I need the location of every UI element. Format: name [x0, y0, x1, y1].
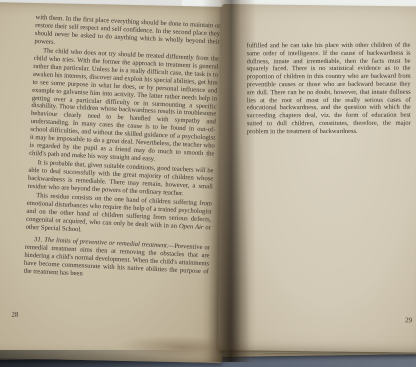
- right-page-number: 29: [405, 316, 412, 324]
- book-photo: with them. In the first place everything…: [0, 0, 416, 367]
- left-page-text: with them. In the first place everything…: [23, 14, 220, 284]
- right-page: fulfilled and he can take his place with…: [218, 4, 416, 352]
- left-page-number: 28: [11, 311, 18, 319]
- left-page: with them. In the first place everything…: [0, 2, 230, 363]
- paragraph: This residue consists on the one hand of…: [25, 192, 212, 240]
- paragraph: fulfilled and he can take his place with…: [247, 42, 411, 136]
- paragraph: The child who does not try should be tre…: [29, 47, 219, 166]
- section-text: Preventive or remedial treatment aims th…: [23, 243, 210, 277]
- italic-phrase: Open Air: [179, 223, 204, 231]
- right-page-text: fulfilled and he can take his place with…: [247, 42, 411, 136]
- section-paragraph: 31. The limits of preventive or remedial…: [23, 236, 210, 284]
